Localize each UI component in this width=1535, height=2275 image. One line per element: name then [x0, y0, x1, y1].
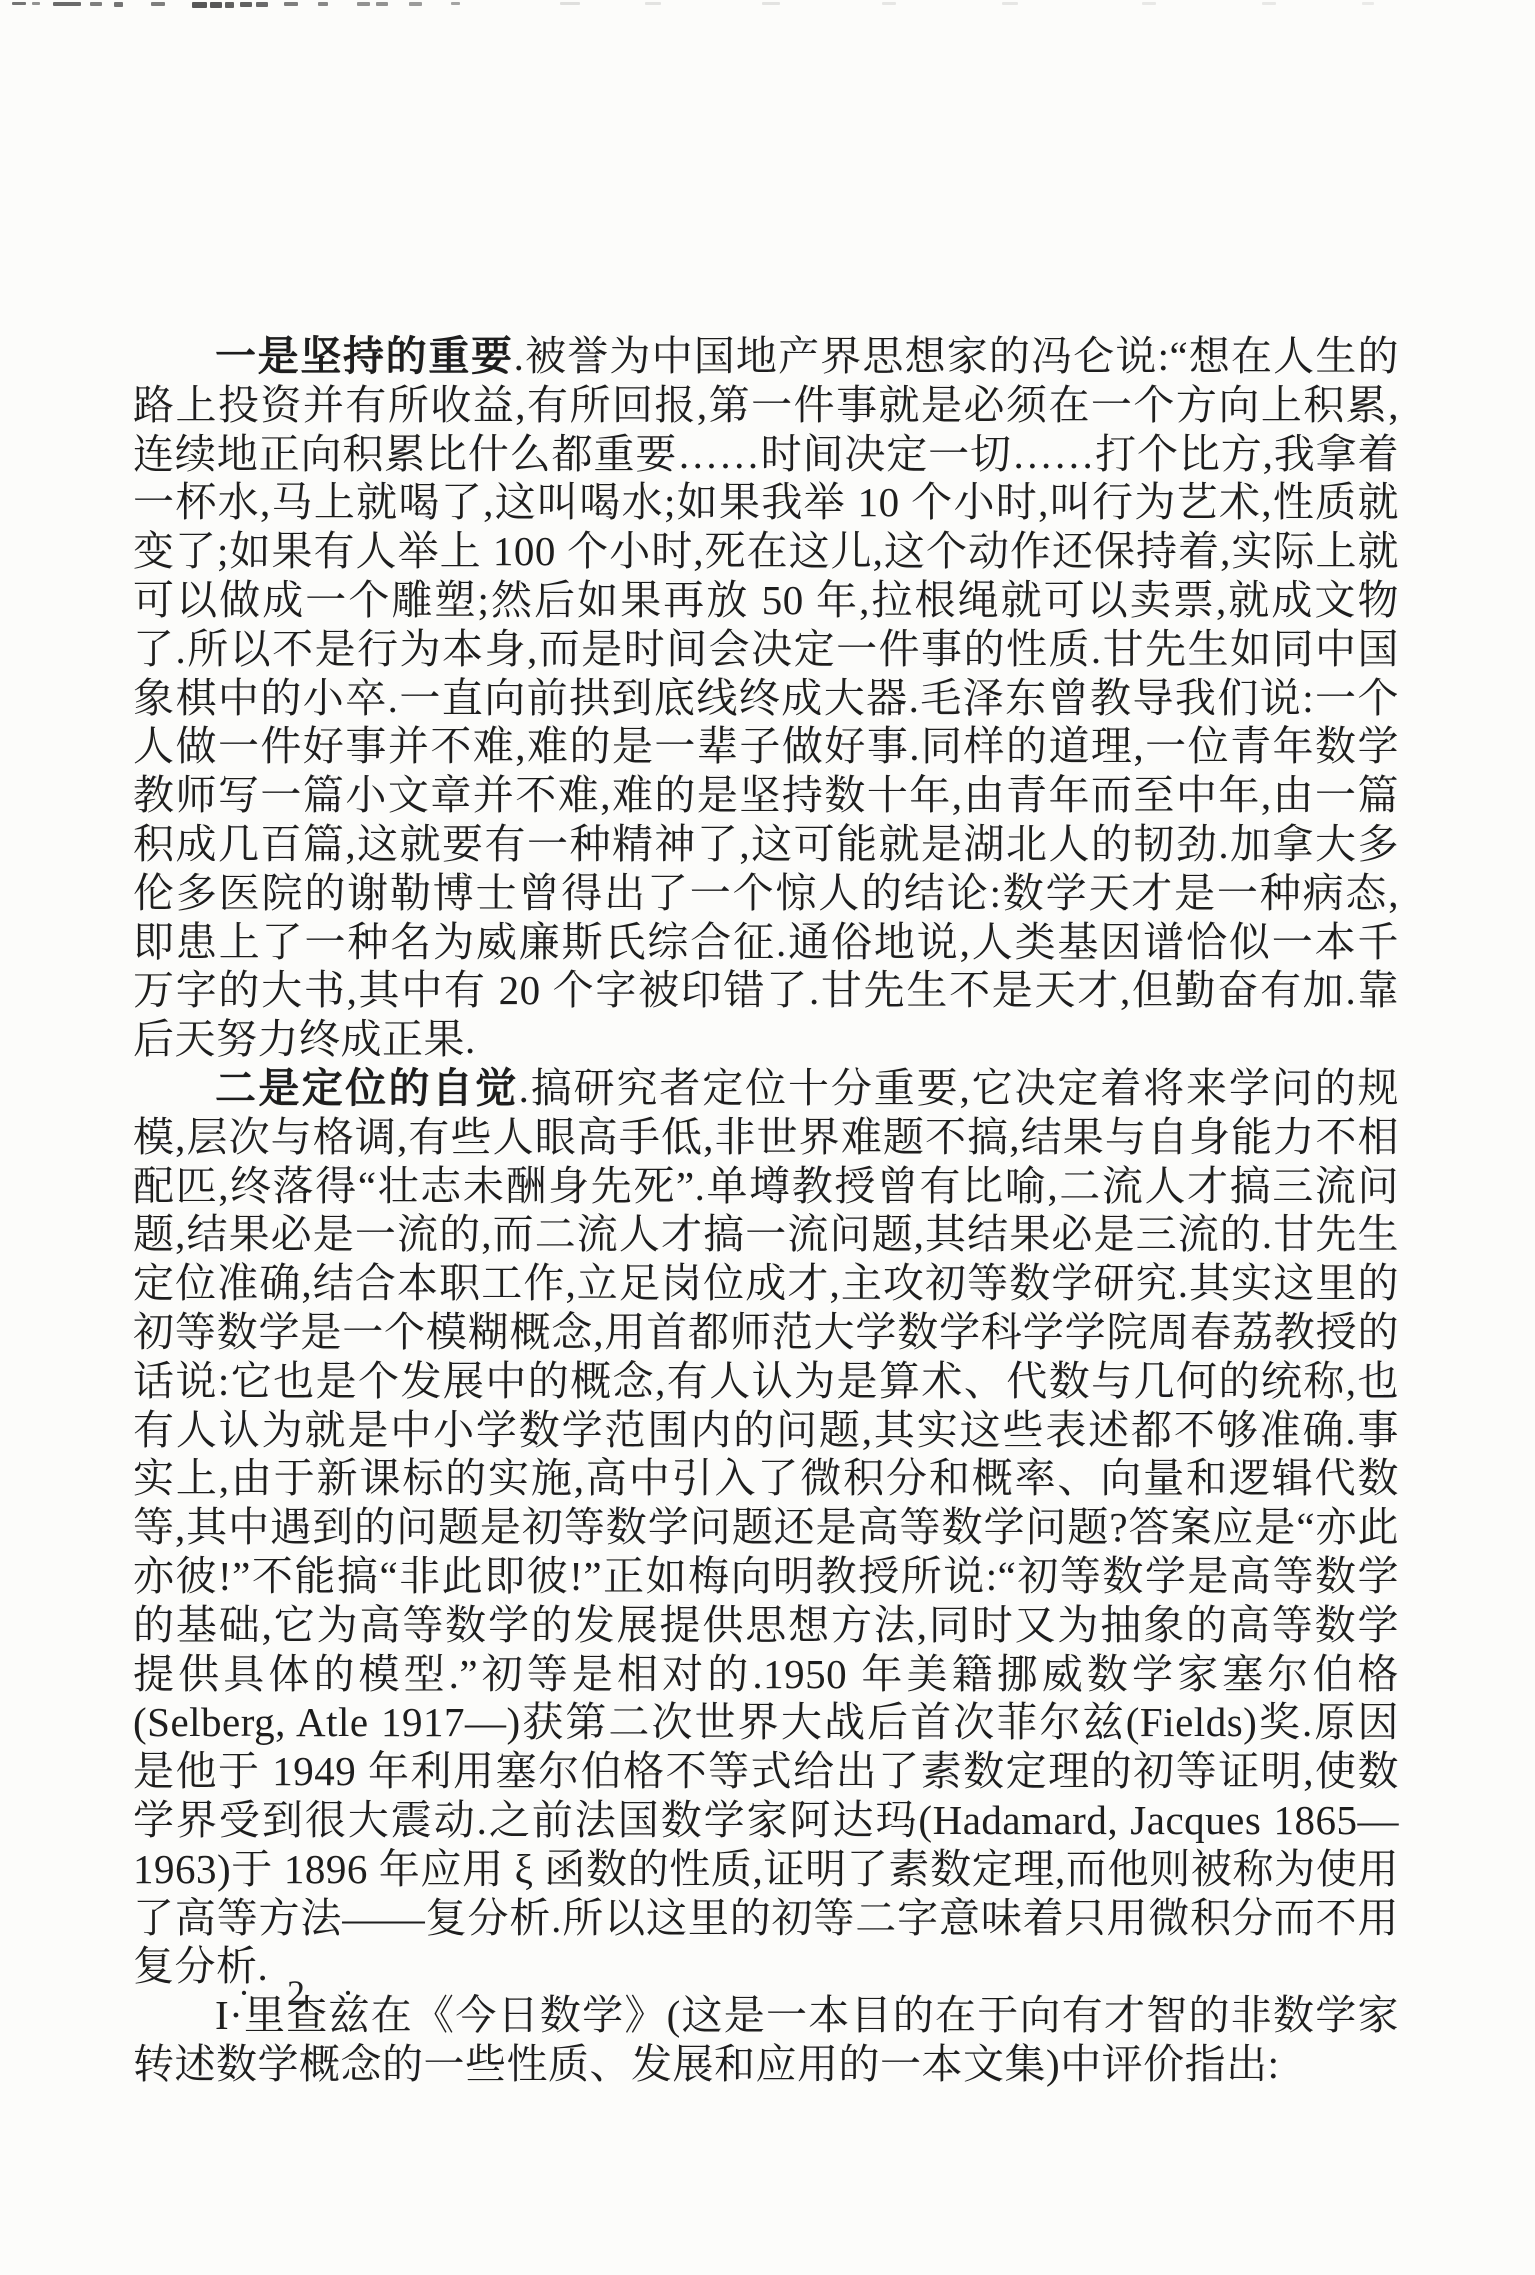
scan-artifact-mark	[1142, 2, 1156, 5]
scan-artifact-mark	[357, 2, 370, 6]
scan-artifact-mark	[12, 2, 26, 5]
scan-artifact-mark	[151, 2, 165, 6]
paragraph-persistence-body: .被誉为中国地产界思想家的冯仑说:“想在人生的路上投资并有所收益,有所回报,第一…	[133, 333, 1399, 1062]
scan-artifact-mark	[240, 2, 252, 7]
scan-artifact-mark	[90, 2, 102, 6]
scan-artifact-mark	[645, 2, 661, 5]
page-number: · 2 ·	[238, 1972, 368, 2014]
scan-artifact-mark	[762, 2, 780, 5]
scan-artifact-mark	[318, 2, 328, 6]
scan-artifact-mark	[560, 2, 580, 5]
scan-artifact-mark	[376, 2, 388, 6]
scan-artifact-mark	[210, 2, 222, 8]
scan-artifact-mark	[256, 2, 268, 7]
scan-artifact-mark	[882, 2, 896, 5]
scan-artifact-strip	[0, 0, 1535, 14]
scan-artifact-mark	[409, 2, 422, 6]
scan-artifact-mark	[192, 2, 207, 8]
scan-artifact-mark	[32, 2, 40, 5]
scan-artifact-mark	[451, 2, 460, 5]
scan-artifact-mark	[53, 2, 81, 6]
scan-artifact-mark	[1362, 2, 1374, 5]
paragraph-positioning: 二是定位的自觉.搞研究者定位十分重要,它决定着将来学问的规模,层次与格调,有些人…	[133, 1064, 1399, 1991]
paragraph-persistence: 一是坚持的重要.被誉为中国地产界思想家的冯仑说:“想在人生的路上投资并有所收益,…	[133, 332, 1399, 1064]
paragraph-positioning-body: .搞研究者定位十分重要,它决定着将来学问的规模,层次与格调,有些人眼高手低,非世…	[133, 1065, 1399, 1989]
scan-artifact-mark	[114, 2, 123, 7]
paragraph-positioning-heading: 二是定位的自觉	[215, 1065, 519, 1111]
scan-artifact-mark	[225, 2, 234, 8]
paragraph-persistence-heading: 一是坚持的重要	[215, 333, 514, 379]
book-page: 一是坚持的重要.被誉为中国地产界思想家的冯仑说:“想在人生的路上投资并有所收益,…	[0, 0, 1535, 2275]
scan-artifact-mark	[284, 2, 298, 6]
scan-artifact-mark	[1002, 2, 1018, 5]
page-text-block: 一是坚持的重要.被誉为中国地产界思想家的冯仑说:“想在人生的路上投资并有所收益,…	[133, 332, 1399, 2089]
scan-artifact-mark	[1262, 2, 1276, 5]
